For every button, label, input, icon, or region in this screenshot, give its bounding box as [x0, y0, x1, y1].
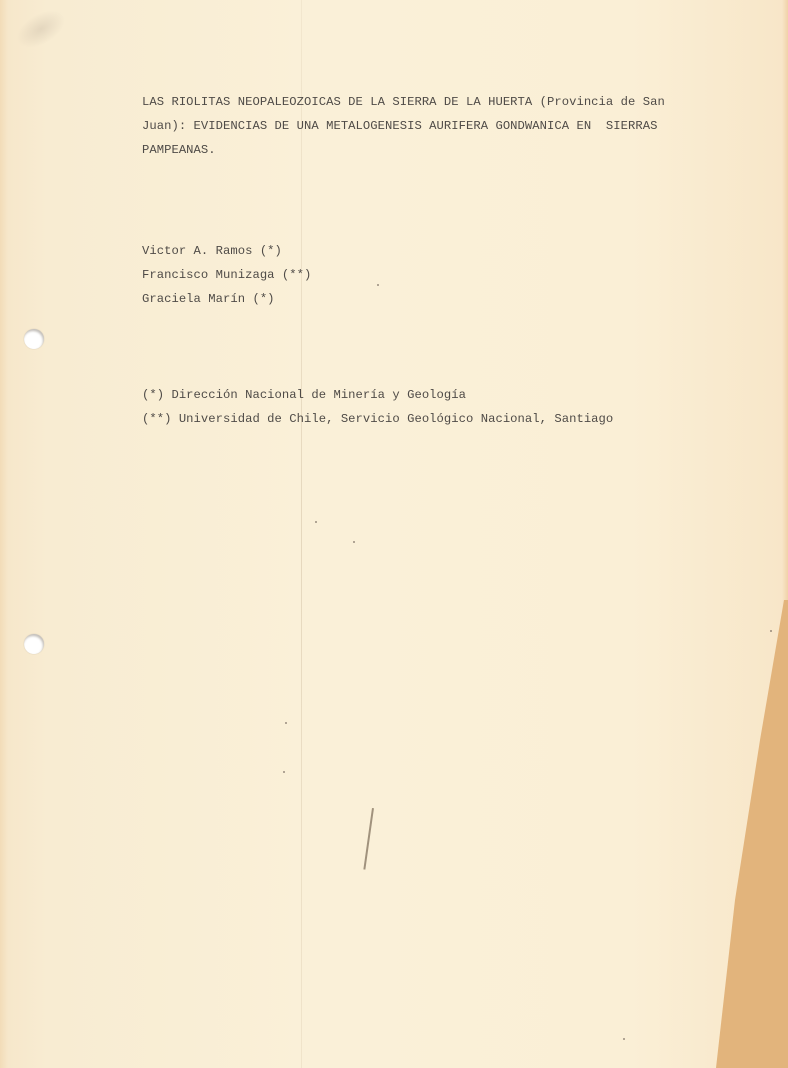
author-ramos: Victor A. Ramos (*)	[142, 245, 282, 257]
paper-speck	[283, 771, 285, 773]
paper-speck	[770, 630, 772, 632]
author-marin: Graciela Marín (*)	[142, 293, 275, 305]
page-left-edge	[0, 0, 8, 1068]
title-line-2: Juan): EVIDENCIAS DE UNA METALOGENESIS A…	[142, 120, 657, 132]
page-fold-crease	[301, 0, 302, 1068]
title-line-3: PAMPEANAS.	[142, 144, 216, 156]
paper-speck	[377, 284, 379, 286]
author-munizaga: Francisco Munizaga (**)	[142, 269, 311, 281]
affiliation-2: (**) Universidad de Chile, Servicio Geol…	[142, 413, 613, 425]
paper-speck	[353, 541, 355, 543]
corner-stain	[10, 3, 72, 56]
scanned-page: LAS RIOLITAS NEOPALEOZOICAS DE LA SIERRA…	[0, 0, 788, 1068]
affiliation-1: (*) Dirección Nacional de Minería y Geol…	[142, 389, 466, 401]
pencil-mark	[363, 808, 373, 870]
paper-speck	[623, 1038, 625, 1040]
punch-hole-upper	[24, 329, 44, 349]
page-right-edge-shadow	[782, 0, 788, 620]
title-line-1: LAS RIOLITAS NEOPALEOZOICAS DE LA SIERRA…	[142, 96, 665, 108]
punch-hole-lower	[24, 634, 44, 654]
paper-speck	[285, 722, 287, 724]
page-underlay-edge	[0, 0, 788, 1068]
paper-speck	[315, 521, 317, 523]
